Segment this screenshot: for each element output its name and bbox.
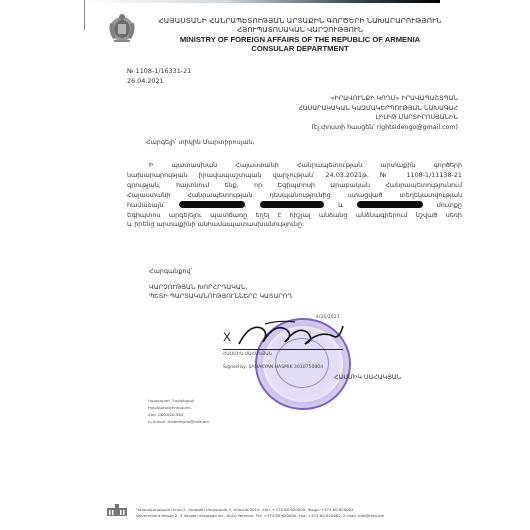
addressee-line: ՀԱՍԱՐԱԿԱԿԱՆ ԿԱԶՄԱԿԵՐՊՈՒԹՅԱՆ ՆԱԽԱԳԱՀ [282, 105, 458, 112]
signature-caption: ՀԱՍՄԻԿ ՍԱՀԱԿՅԱՆ [223, 352, 272, 357]
ministry-name-armenian: ՀԱՅԱՍՏԱՆԻ ՀԱՆՐԱՊԵՏՈՒԹՅԱՆ ԱՐՏԱՔԻՆ ԳՈՐԾԵՐԻ… [140, 16, 460, 25]
contact-line: Իրավախորհրդատու [148, 405, 191, 410]
paragraph-line: գրության, հայտնում ենք, որ Եգիպտոսի Արաբ… [127, 181, 462, 191]
separator-text: և [338, 201, 343, 209]
paragraph-line: Ի պատասխան Հայաստանի Հանրապետության արտա… [127, 161, 462, 171]
government-building-icon [107, 504, 127, 516]
ministry-name-english: MINISTRY OF FOREIGN AFFAIRS OF THE REPUB… [140, 35, 460, 44]
separator-text: , [245, 201, 247, 209]
signatory-title-line: ՊԵՏԻ ՊԱՐՏԱԿԱՆՈՒԹՅՈՒՆՆԵՐԸ ԿԱՏԱՐՈՂ [149, 292, 292, 300]
contact-phone: Հեռ. 060-620-564 [148, 412, 183, 417]
signatory-title-line: ՎԱՐՉՈՒԹՅԱՆ ԽՈՐՀՐԴԱԿԱՆ, [149, 283, 248, 291]
body-paragraph: Ի պատասխան Հայաստանի Հանրապետության արտա… [127, 161, 462, 230]
salutation: Հարգելի՛ տիկին Մարտիրոսյան, [146, 138, 255, 146]
department-name-armenian: ՀՅՈՒՊԱՏՈՍԱԿԱՆ ՎԱՐՉՈՒԹՅՈՒՆ [140, 25, 460, 34]
armenia-coat-of-arms-icon [108, 13, 136, 43]
paragraph-line: Եգիպտոս արգելելու պատճառը եղել է հիշյալ … [127, 211, 462, 221]
closing: Հարգանքով՝ [149, 267, 192, 275]
paragraph-line-redacted: համաձայն՝ , և մուտքը [127, 201, 462, 211]
contact-line: Կատարող՝ Դանիելյան [148, 398, 194, 403]
redaction-bar [179, 201, 245, 208]
scan-edge-bar [84, 0, 440, 3]
paragraph-text: մուտքը [437, 201, 462, 209]
scan-edge-line [84, 0, 85, 30]
footer-address-armenian: Կառավարական տուն 2, Վազգեն Սարգսյան 3, Ե… [136, 507, 354, 512]
redaction-bar [357, 201, 423, 208]
digital-signature-info: Signed by: SAHAKYAN HASMIK 3010750804 [223, 365, 323, 370]
addressee-email: (էլ.փոստի հասցեն՝ rightsidengo@gmail.com… [282, 124, 458, 131]
reference-number: № 1108-1/16331-21 [127, 67, 191, 75]
signature-line [223, 349, 343, 350]
addressee-line: «ԻՐԱՎՈՒՆՔԻ ԿՈՂՄ» ԻՐԱՎԱՊԱՇՏՊԱՆ [282, 95, 458, 102]
paragraph-text: համաձայն՝ [127, 201, 165, 209]
contact-email: Էլ.փոստ՝ d.danielyan@mfa.am [148, 419, 209, 424]
footer-address-english: Government House 2, 3 Vazgen Sargsyan st… [136, 513, 384, 518]
paragraph-line: Հայաստանի Հանրապետության դեսպանությունից… [127, 191, 462, 201]
paragraph-line: և իրենց արտաքինի անհամապատասխանությունը: [127, 220, 462, 230]
signature-mark: X [223, 330, 231, 344]
letter-date: 26.04.2021 [127, 77, 164, 85]
addressee-line: ԼԻԼԻԹ ՄԱՐՏԻՐՈՍՅԱՆԻՆ [282, 114, 458, 121]
paragraph-line: նախարարության իրավապաշտպան վարչության՝ 2… [127, 171, 462, 181]
signatory-name: ՀԱՍՄԻԿ ՍԱՀԱԿՅԱՆ [334, 374, 401, 381]
redaction-bar [260, 201, 324, 208]
department-name-english: CONSULAR DEPARTMENT [140, 44, 460, 53]
handwritten-signature-icon [235, 318, 345, 348]
